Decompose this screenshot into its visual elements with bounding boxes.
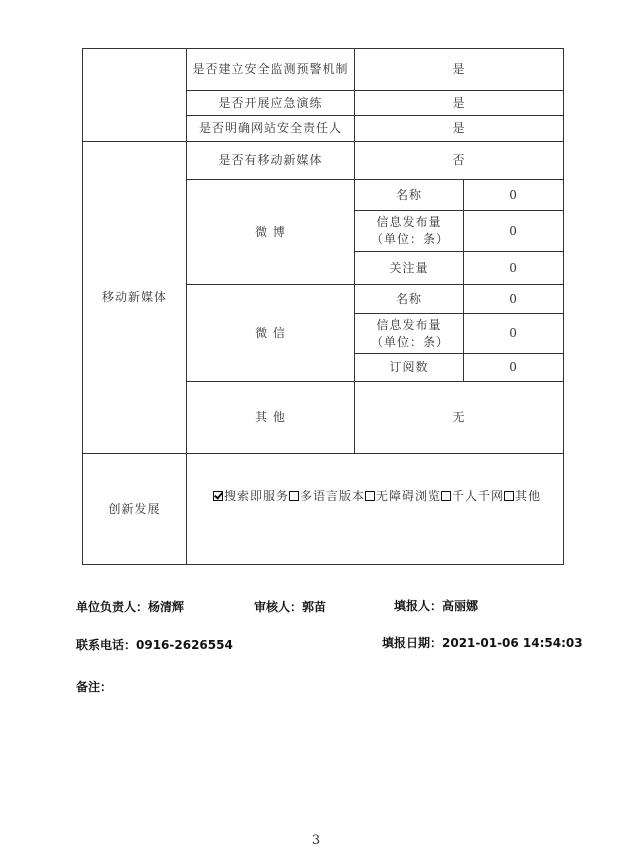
row-label: 是否有移动新媒体: [187, 142, 355, 180]
option-accessibility[interactable]: 无障碍浏览: [365, 489, 441, 503]
remarks-label: 备注：: [76, 678, 112, 695]
table-row: 移动新媒体 是否有移动新媒体 否: [83, 142, 564, 180]
row-value: 0: [464, 354, 564, 382]
row-value: 是: [355, 91, 564, 116]
option-other[interactable]: 其他: [504, 489, 541, 503]
row-label: 关注量: [355, 252, 464, 285]
checkbox-icon[interactable]: [365, 491, 375, 501]
row-value: 0: [464, 285, 564, 314]
row-value: 0: [464, 180, 564, 211]
table-row: 创新发展 搜索即服务多语言版本无障碍浏览千人千网其他: [83, 454, 564, 565]
row-label: 名称: [355, 285, 464, 314]
option-multilingual[interactable]: 多语言版本: [289, 489, 365, 503]
weibo-label: 微 博: [187, 180, 355, 285]
security-section-cell: [83, 49, 187, 142]
row-label: 是否明确网站安全责任人: [187, 116, 355, 142]
other-label: 其 他: [187, 382, 355, 454]
row-label: 信息发布量（单位：条）: [355, 211, 464, 252]
row-label: 信息发布量（单位：条）: [355, 314, 464, 354]
row-value: 否: [355, 142, 564, 180]
filler: 填报人：高丽娜: [394, 597, 478, 614]
table-row: 是否建立安全监测预警机制 是: [83, 49, 564, 91]
row-label: 是否开展应急演练: [187, 91, 355, 116]
checkbox-checked-icon[interactable]: [213, 491, 223, 501]
row-label: 是否建立安全监测预警机制: [187, 49, 355, 91]
checkbox-icon[interactable]: [289, 491, 299, 501]
row-label: 订阅数: [355, 354, 464, 382]
fill-date: 填报日期：2021-01-06 14:54:03: [382, 634, 583, 651]
row-value: 0: [464, 314, 564, 354]
row-value: 0: [464, 252, 564, 285]
contact-phone: 联系电话：0916-2626554: [76, 636, 233, 653]
wechat-label: 微 信: [187, 285, 355, 382]
page-number: 3: [0, 833, 632, 848]
row-label: 名称: [355, 180, 464, 211]
document-page: 是否建立安全监测预警机制 是 是否开展应急演练 是 是否明确网站安全责任人 是 …: [0, 0, 632, 867]
innovation-options: 搜索即服务多语言版本无障碍浏览千人千网其他: [187, 454, 564, 565]
option-personalized[interactable]: 千人千网: [441, 489, 504, 503]
mobile-media-section-label: 移动新媒体: [83, 142, 187, 454]
row-value: 0: [464, 211, 564, 252]
checkbox-icon[interactable]: [504, 491, 514, 501]
reviewer: 审核人：郭苗: [254, 598, 326, 615]
row-value: 是: [355, 49, 564, 91]
checkbox-icon[interactable]: [441, 491, 451, 501]
website-report-table: 是否建立安全监测预警机制 是 是否开展应急演练 是 是否明确网站安全责任人 是 …: [82, 48, 564, 565]
unit-head: 单位负责人：杨清辉: [76, 598, 184, 615]
row-value: 无: [355, 382, 564, 454]
row-value: 是: [355, 116, 564, 142]
option-search-as-service[interactable]: 搜索即服务: [213, 489, 289, 503]
innovation-section-label: 创新发展: [83, 454, 187, 565]
